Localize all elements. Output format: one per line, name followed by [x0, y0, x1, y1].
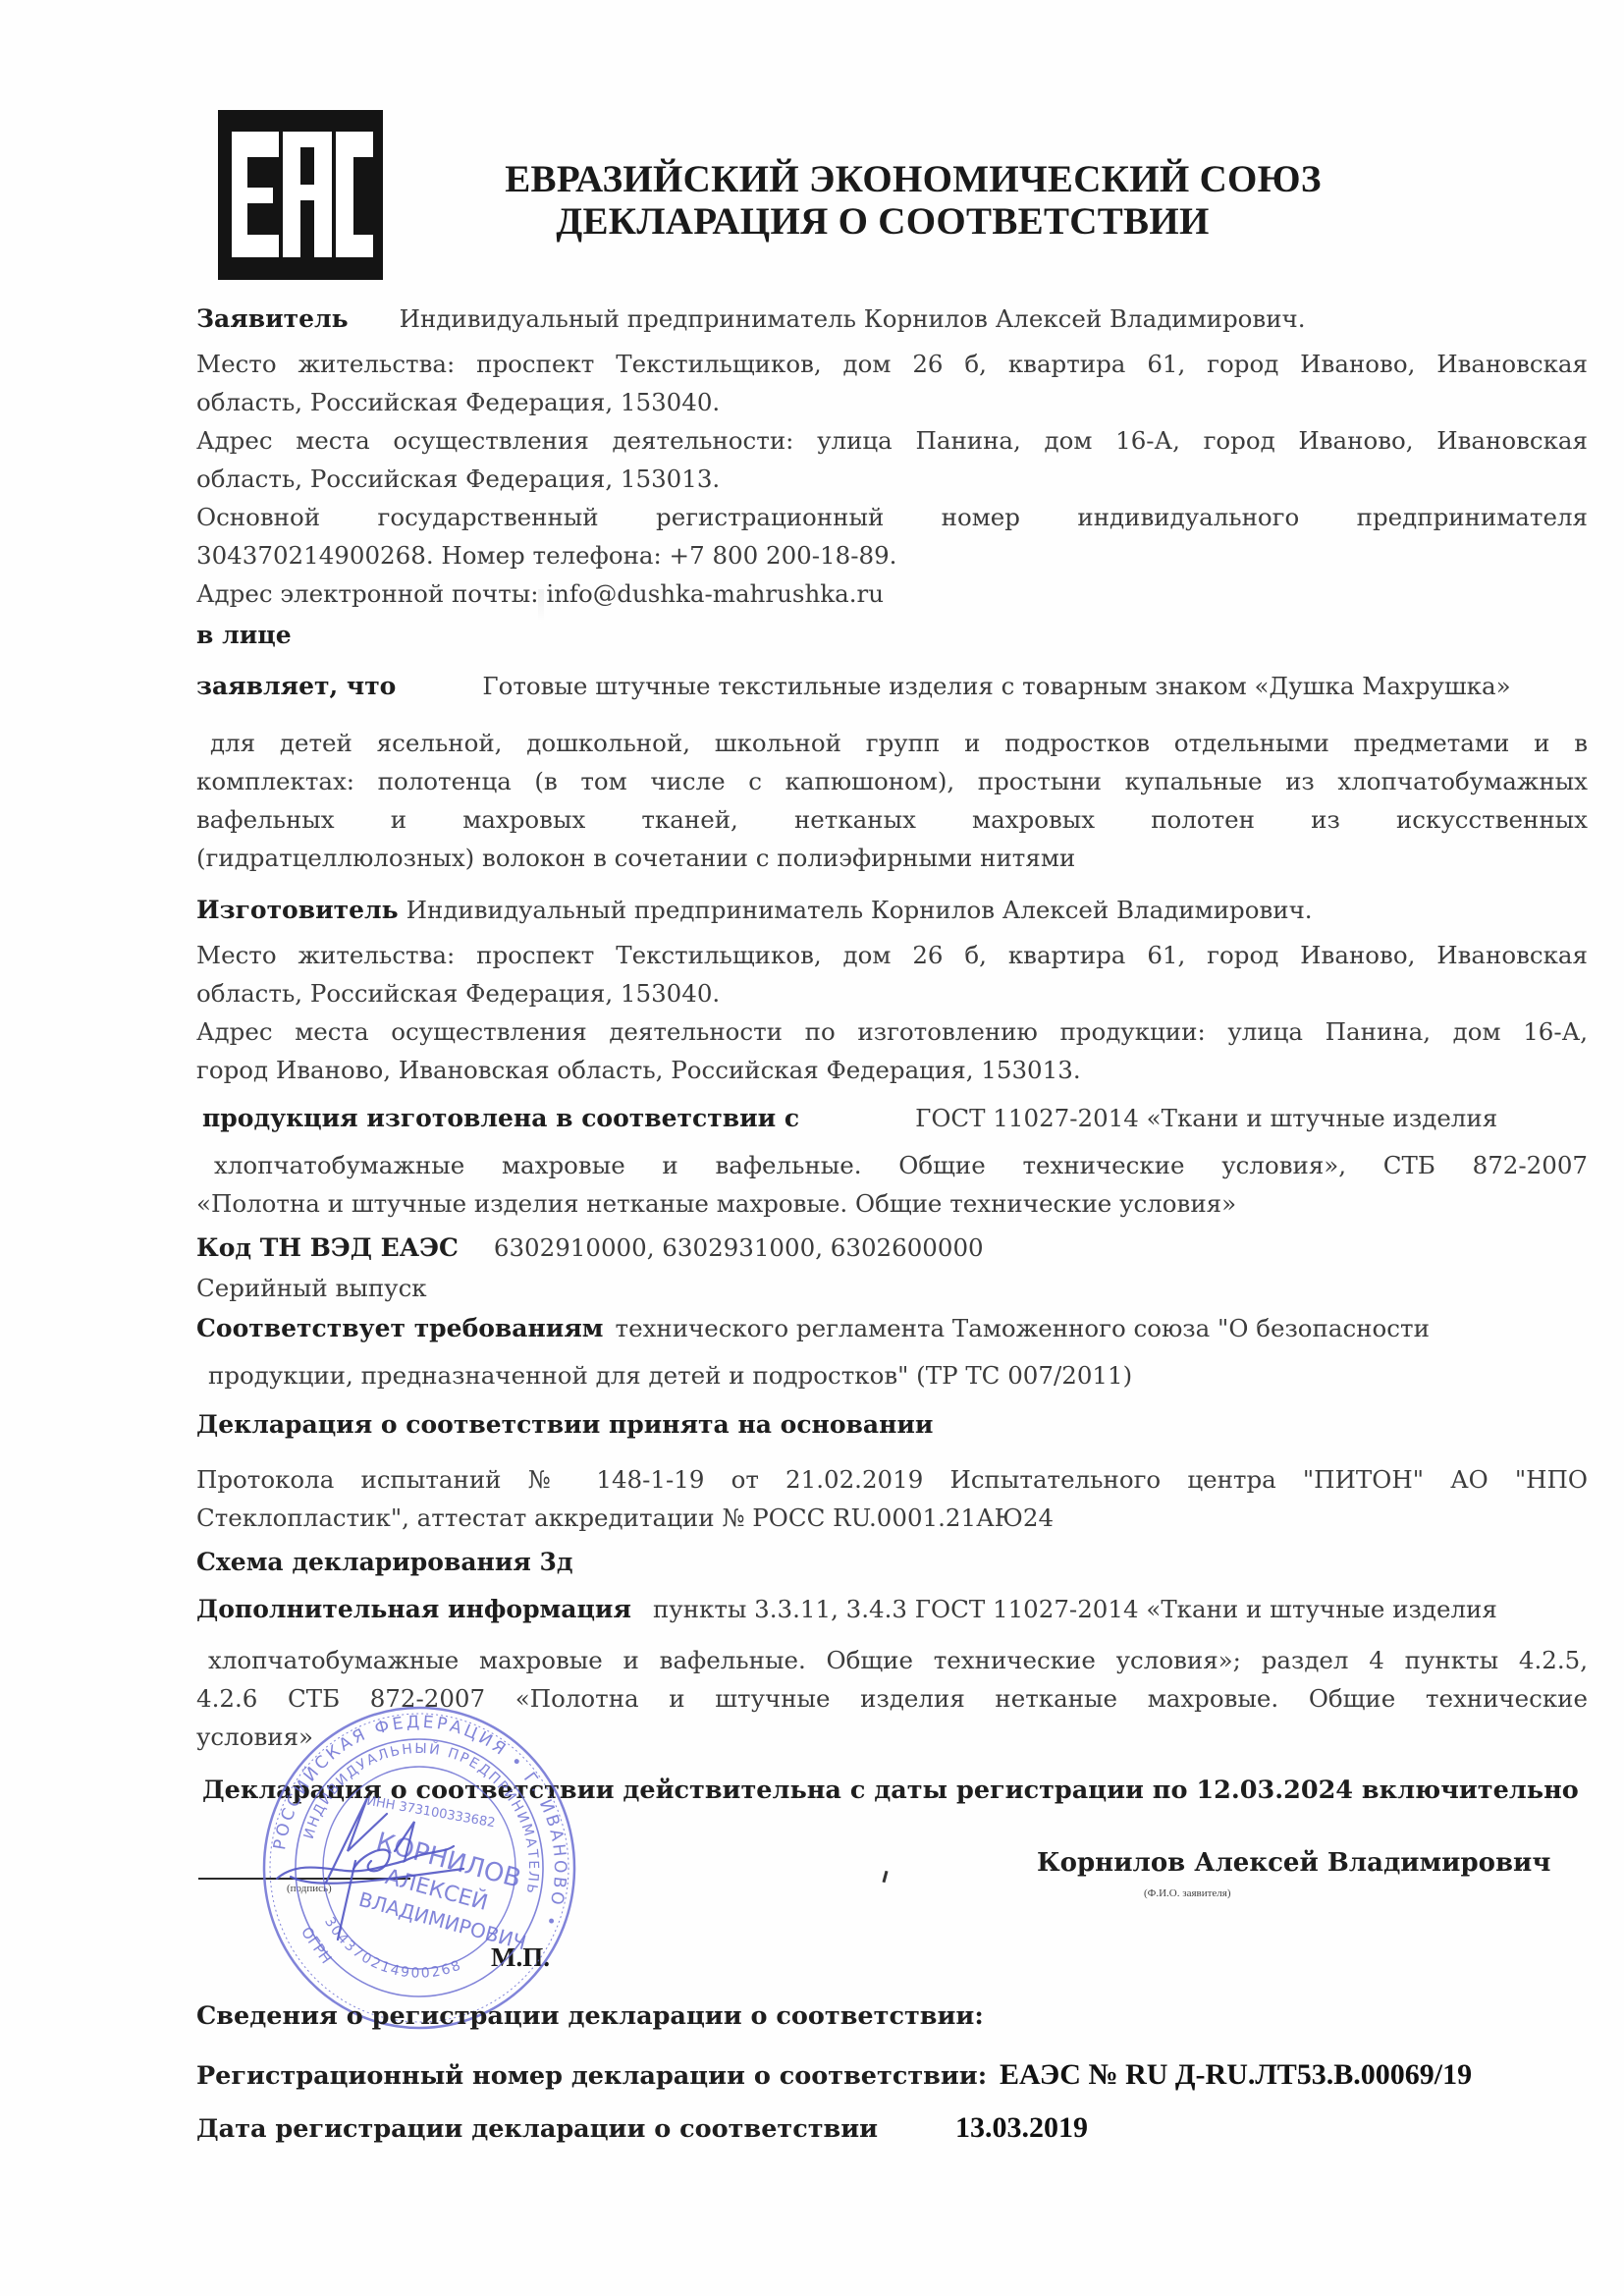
manufacturer-residence-line1: Место жительства: проспект Текстильщиков… — [196, 937, 1588, 974]
represented-by-label: в лице — [196, 621, 292, 649]
applicant-email: Адрес электронной почты: info@dushka-mah… — [196, 575, 1588, 613]
additional-value-line1: пункты 3.3.11, 3.4.3 ГОСТ 11027-2014 «Тк… — [653, 1595, 1497, 1623]
product-line5: (гидратцеллюлозных) волокон в сочетании … — [196, 840, 1588, 877]
complies-value-line1: технического регламента Таможенного союз… — [616, 1314, 1430, 1342]
additional-value-line4: условия» — [196, 1719, 1588, 1756]
applicant-line: ЗаявительИндивидуальный предприниматель … — [196, 301, 1588, 338]
svg-text:304370214900268: 304370214900268 — [321, 1914, 464, 1981]
manufacturer-line: ИзготовительИндивидуальный предпринимате… — [196, 892, 1588, 929]
complies-label: Соответствует требованиям — [196, 1314, 604, 1342]
produced-per-label: продукция изготовлена в соответствии с — [202, 1104, 799, 1132]
declaration-page: ЕВРАЗИЙСКИЙ ЭКОНОМИЧЕСКИЙ СОЮЗ ДЕКЛАРАЦИ… — [0, 0, 1624, 2296]
signature-caption: (подпись) — [287, 1883, 332, 1894]
svg-text:АЛЕКСЕЙ: АЛЕКСЕЙ — [383, 1864, 491, 1916]
additional-value-line2: хлопчатобумажные махровые и вафельные. О… — [208, 1642, 1588, 1679]
applicant-activity-line1: Адрес места осуществления деятельности: … — [196, 422, 1588, 460]
basis-value-line1: Протокола испытаний № 148-1-19 от 21.02.… — [196, 1461, 1588, 1499]
additional-line: Дополнительная информацияпункты 3.3.11, … — [196, 1591, 1588, 1628]
scan-tick — [882, 1871, 888, 1883]
scan-artifact — [538, 589, 544, 623]
basis-label: Декларация о соответствии принята на осн… — [196, 1410, 933, 1439]
manufacturer-name: Индивидуальный предприниматель Корнилов … — [406, 896, 1313, 924]
applicant-label: Заявитель — [196, 304, 349, 333]
registration-number-line: Регистрационный номер декларации о соотв… — [196, 2058, 1472, 2092]
applicant-ogrn-line2: 304370214900268. Номер телефона: +7 800 … — [196, 537, 1588, 574]
manufacturer-activity-line1: Адрес места осуществления деятельности п… — [196, 1013, 1588, 1051]
serial-production: Серийный выпуск — [196, 1270, 1588, 1307]
complies-value-line2: продукции, предназначенной для детей и п… — [208, 1357, 1599, 1394]
tn-ved-line: Код ТН ВЭД ЕАЭС6302910000, 6302931000, 6… — [196, 1230, 1588, 1267]
produced-per-line: продукция изготовлена в соответствии сГО… — [202, 1100, 1594, 1137]
produced-per-value-line3: «Полотна и штучные изделия нетканые махр… — [196, 1185, 1588, 1223]
additional-value-line3: 4.2.6 СТБ 872-2007 «Полотна и штучные из… — [196, 1680, 1588, 1718]
applicant-ogrn-line1: Основной государственный регистрационный… — [196, 499, 1588, 536]
title-union: ЕВРАЗИЙСКИЙ ЭКОНОМИЧЕСКИЙ СОЮЗ — [422, 157, 1404, 201]
applicant-full-name: Корнилов Алексей Владимирович — [1037, 1848, 1550, 1878]
registration-number-label: Регистрационный номер декларации о соотв… — [196, 2061, 987, 2091]
complies-line: Соответствует требованиямтехнического ре… — [196, 1310, 1588, 1347]
declares-line: заявляет, чтоГотовые штучные текстильные… — [196, 668, 1588, 705]
scheme-label: Схема декларирования 3д — [196, 1548, 573, 1576]
manufacturer-label: Изготовитель — [196, 896, 399, 924]
product-line4: вафельных и махровых тканей, нетканых ма… — [196, 801, 1588, 839]
additional-label: Дополнительная информация — [196, 1595, 631, 1623]
manufacturer-residence-line2: область, Российская Федерация, 153040. — [196, 975, 1588, 1012]
applicant-name: Индивидуальный предприниматель Корнилов … — [400, 304, 1306, 333]
registration-date-label: Дата регистрации декларации о соответств… — [196, 2114, 878, 2144]
basis-value-line2: Стеклопластик", аттестат аккредитации № … — [196, 1500, 1588, 1537]
signature-line — [198, 1878, 410, 1880]
applicant-residence-line1: Место жительства: проспект Текстильщиков… — [196, 346, 1588, 383]
full-name-caption: (Ф.И.О. заявителя) — [1144, 1887, 1231, 1899]
applicant-residence-line2: область, Российская Федерация, 153040. — [196, 384, 1588, 421]
eac-logo-icon — [218, 110, 383, 280]
seal-place-mark: М.П. — [491, 1942, 550, 1973]
produced-per-value-line2: хлопчатобумажные махровые и вафельные. О… — [214, 1147, 1588, 1184]
tn-ved-label: Код ТН ВЭД ЕАЭС — [196, 1233, 459, 1262]
validity-statement: Декларация о соответствии действительна … — [202, 1776, 1579, 1805]
registration-heading: Сведения о регистрации декларации о соот… — [196, 2001, 984, 2031]
svg-text:КОРНИЛОВ: КОРНИЛОВ — [373, 1828, 524, 1894]
declares-label: заявляет, что — [196, 672, 396, 700]
product-line2: для детей ясельной, дошкольной, школьной… — [210, 725, 1588, 762]
applicant-activity-line2: область, Российская Федерация, 153013. — [196, 461, 1588, 498]
tn-ved-codes: 6302910000, 6302931000, 6302600000 — [494, 1233, 984, 1262]
product-line1: Готовые штучные текстильные изделия с то… — [482, 672, 1510, 700]
svg-text:ИНДИВИДУАЛЬНЫЙ ПРЕДПРИНИМАТЕЛЬ: ИНДИВИДУАЛЬНЫЙ ПРЕДПРИНИМАТЕЛЬ — [301, 1739, 541, 1896]
svg-text:ОГРН: ОГРН — [298, 1924, 335, 1967]
produced-per-value-line1: ГОСТ 11027-2014 «Ткани и штучные изделия — [915, 1104, 1497, 1132]
registration-number-value: ЕАЭС № RU Д-RU.ЛТ53.В.00069/19 — [1000, 2058, 1472, 2091]
title-declaration: ДЕКЛАРАЦИЯ О СООТВЕТСТВИИ — [392, 199, 1374, 244]
registration-date-value: 13.03.2019 — [955, 2111, 1088, 2144]
product-line3: комплектах: полотенца (в том числе с кап… — [196, 763, 1588, 800]
registration-date-line: Дата регистрации декларации о соответств… — [196, 2111, 1088, 2145]
manufacturer-activity-line2: город Иваново, Ивановская область, Росси… — [196, 1052, 1588, 1089]
